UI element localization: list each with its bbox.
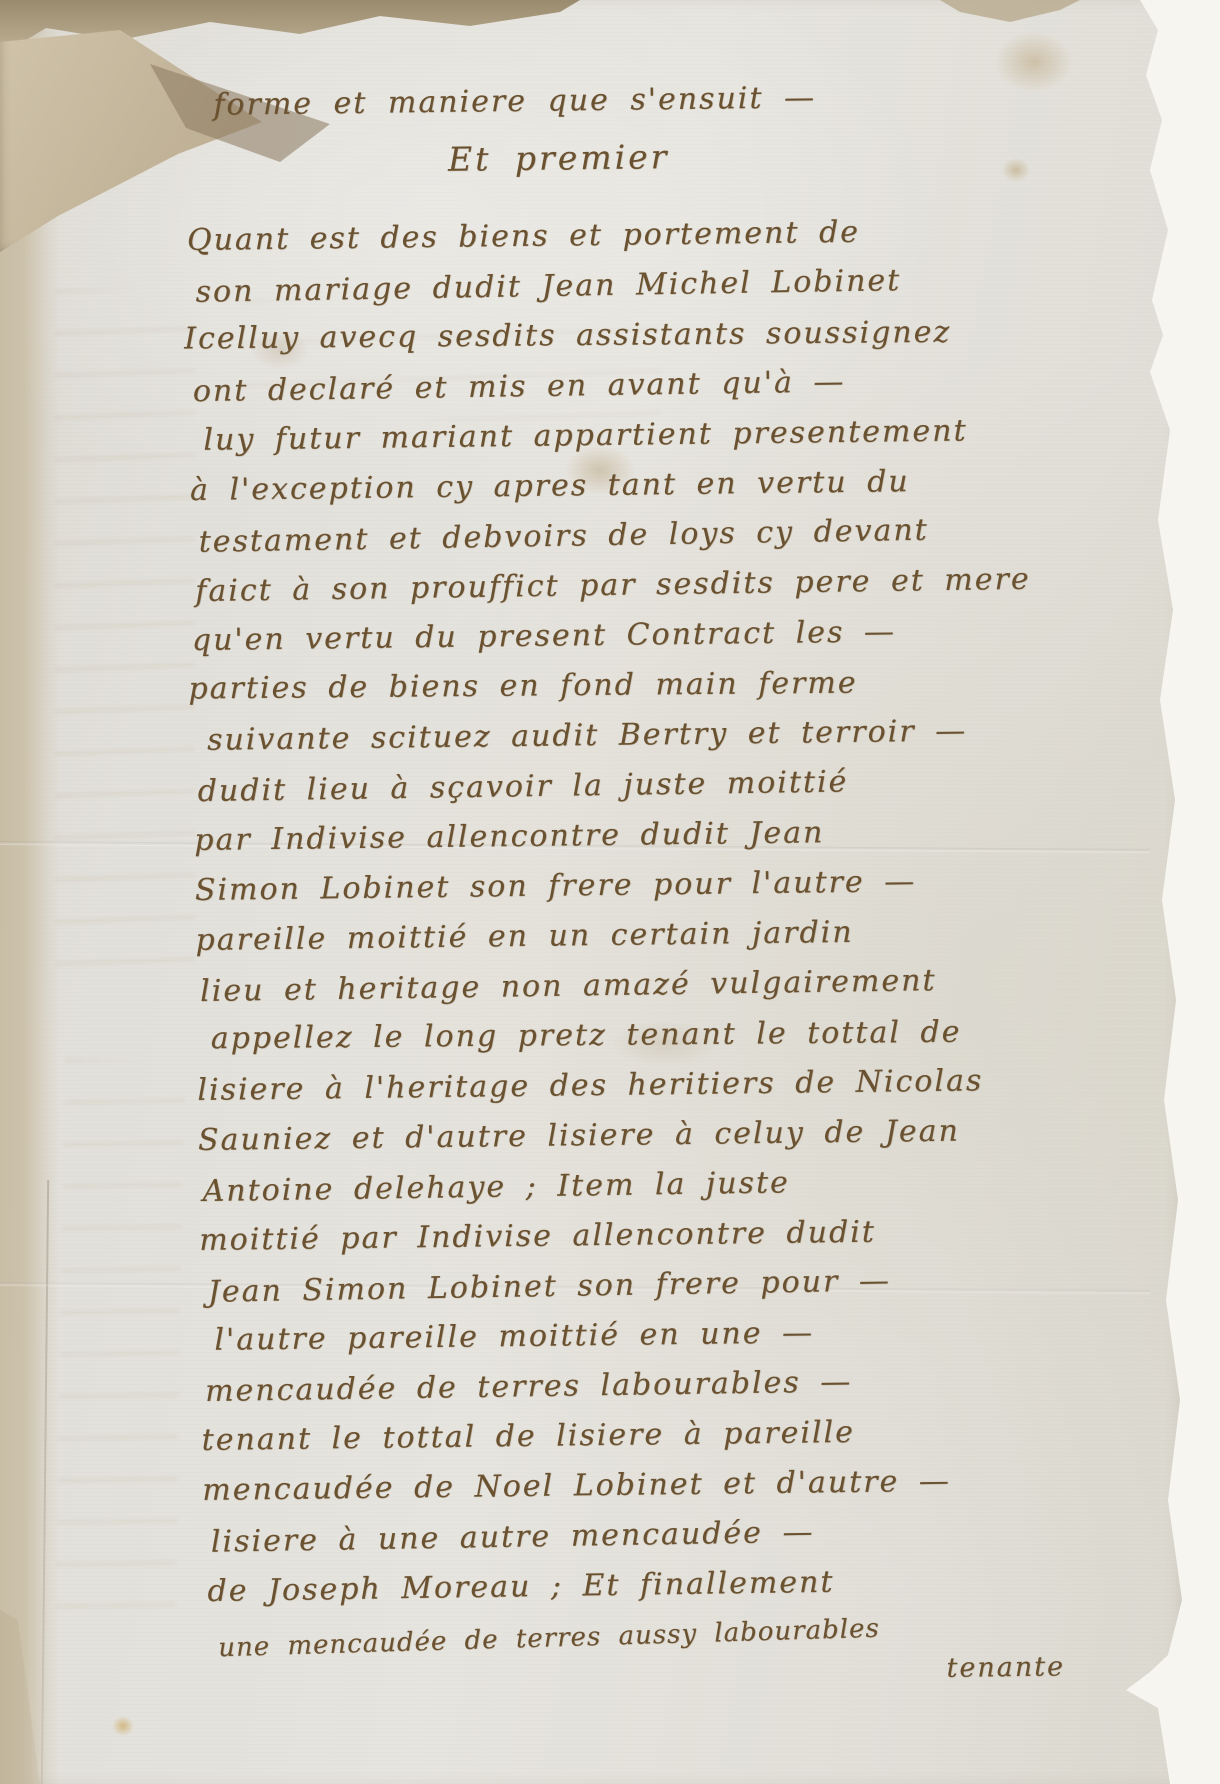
- paper-stain: [112, 1716, 134, 1736]
- manuscript-line: appellez le long pretz tenant le tottal …: [211, 1007, 1077, 1065]
- catchword: tenante: [946, 1651, 1084, 1684]
- page-binding-edge: [0, 0, 60, 1784]
- ink-show-through: [55, 1059, 185, 1621]
- handwritten-text-block: forme et maniere que s'ensuit — Et premi…: [185, 67, 1085, 1693]
- ink-show-through: [55, 290, 195, 990]
- page-subheading: Et premier: [448, 123, 1067, 189]
- scanner-background: forme et maniere que s'ensuit — Et premi…: [0, 0, 1220, 1784]
- page-heading: forme et maniere que s'ensuit —: [213, 67, 1066, 133]
- manuscript-body: Quant est des biens et portement deson m…: [187, 205, 1085, 1666]
- manuscript-line: parties de biens en fond main ferme: [188, 657, 1072, 715]
